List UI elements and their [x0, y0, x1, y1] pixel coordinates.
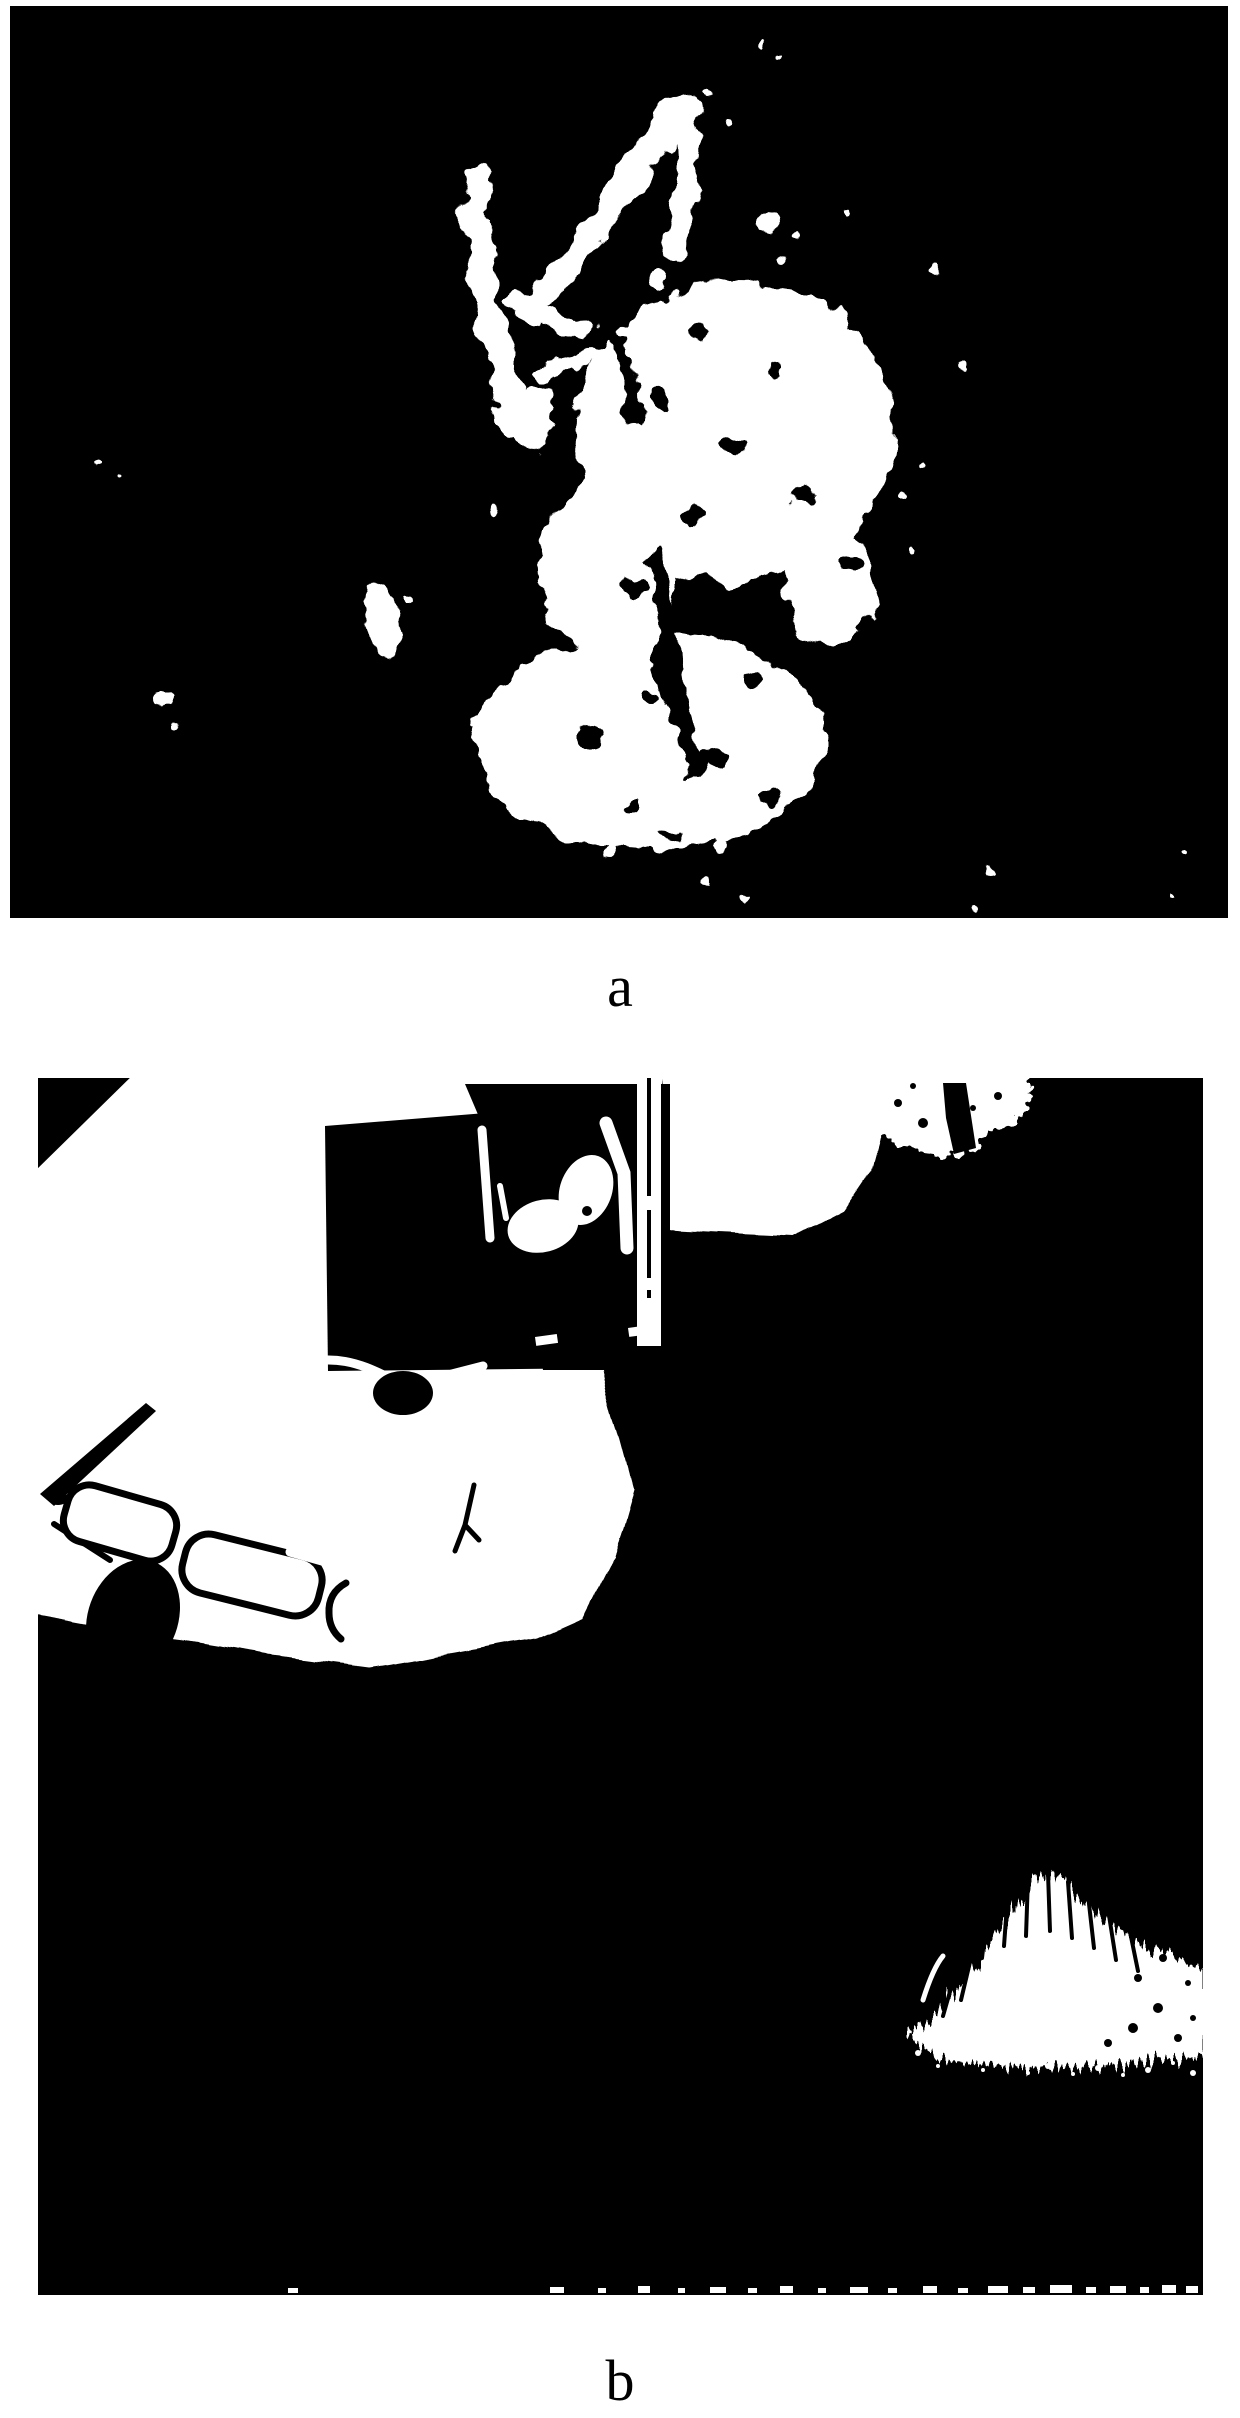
panel-b-label: b — [0, 2352, 1240, 2410]
panel-a-label: a — [0, 958, 1240, 1016]
panel-a-image — [10, 6, 1228, 918]
panel-b-image — [38, 1078, 1203, 2295]
panel-a-bitmap — [10, 6, 1228, 918]
panel-b-bitmap — [38, 1078, 1203, 2295]
